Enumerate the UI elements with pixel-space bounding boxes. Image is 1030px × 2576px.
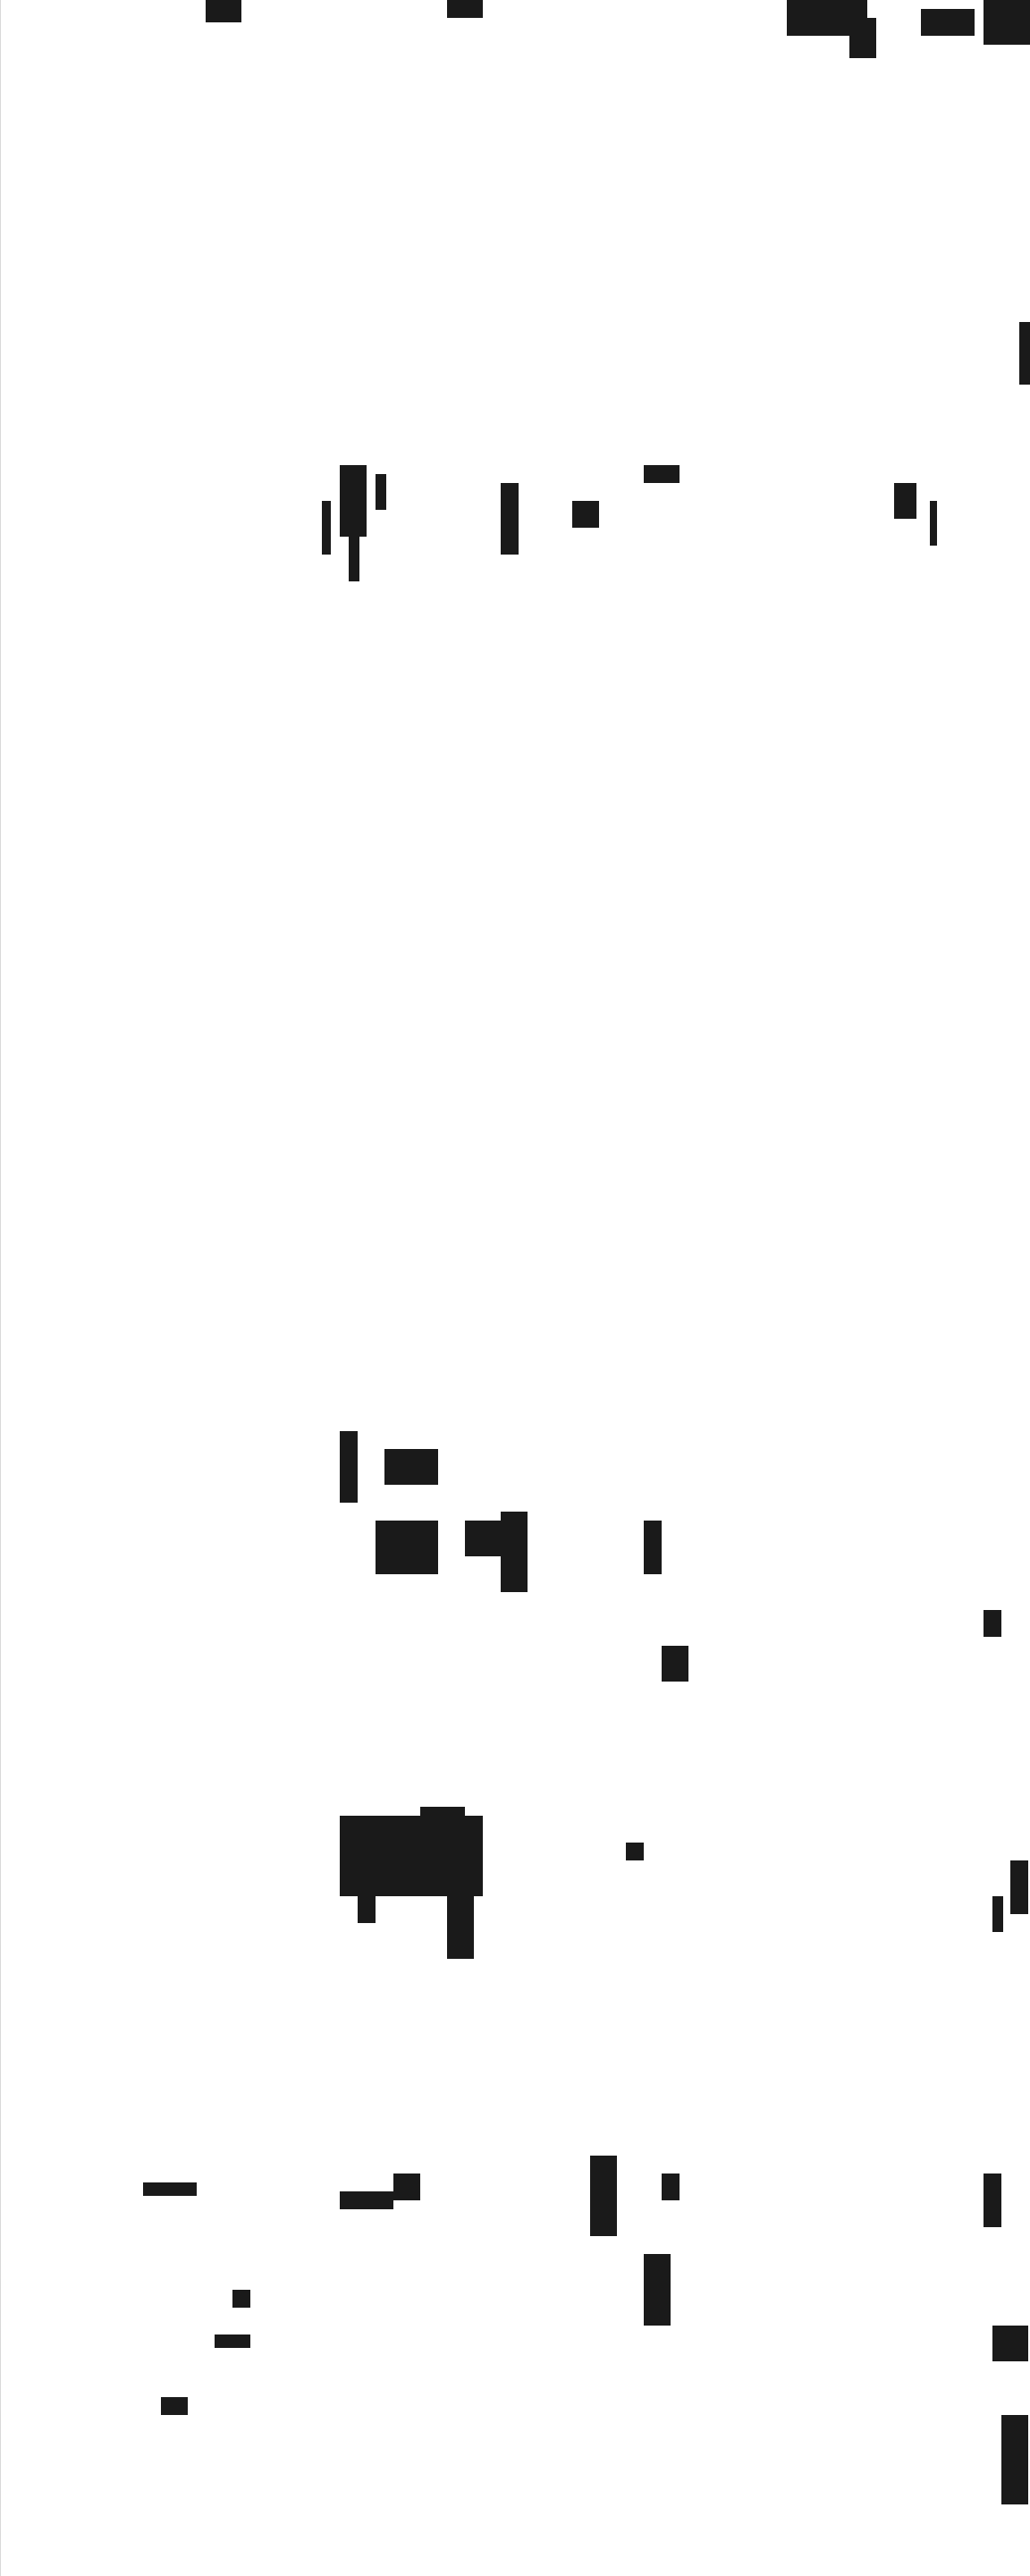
ink-fragment: [644, 465, 680, 483]
ink-fragment: [930, 501, 937, 546]
left-edge-line: [0, 0, 1, 2576]
ink-fragment: [465, 1521, 501, 1556]
ink-fragment: [420, 1807, 465, 1843]
ink-fragment: [376, 474, 386, 510]
ink-fragment: [662, 2173, 680, 2200]
ink-fragment: [662, 1646, 688, 1682]
ink-fragment: [384, 1449, 438, 1485]
ink-fragment: [992, 2326, 1028, 2361]
ink-fragment: [340, 2191, 393, 2209]
ink-fragment: [447, 1878, 474, 1959]
ink-fragment: [1019, 322, 1030, 385]
ink-fragment: [894, 483, 916, 519]
ink-fragment: [626, 1843, 644, 1860]
ink-fragment: [447, 0, 483, 18]
ink-fragment: [143, 2182, 197, 2196]
ink-fragment: [572, 501, 599, 528]
ink-fragment: [644, 1521, 662, 1574]
ink-fragment: [1010, 1860, 1028, 1914]
ink-fragment: [349, 519, 359, 581]
ink-fragment: [984, 1610, 1001, 1637]
ink-fragment: [358, 1825, 376, 1923]
ink-fragment: [206, 0, 241, 22]
ink-fragment: [644, 2254, 671, 2326]
abstract-artwork: [0, 0, 1030, 2576]
ink-fragment: [992, 1896, 1003, 1932]
ink-fragment: [984, 0, 1030, 45]
ink-fragment: [501, 483, 519, 555]
ink-fragment: [849, 18, 876, 58]
ink-fragment: [232, 2290, 250, 2308]
ink-fragment: [393, 2173, 420, 2200]
ink-fragment: [322, 501, 331, 555]
ink-fragment: [376, 1521, 438, 1574]
ink-fragment: [590, 2156, 617, 2236]
ink-fragment: [161, 2397, 188, 2415]
ink-fragment: [1001, 2415, 1028, 2504]
ink-fragment: [340, 1431, 358, 1503]
ink-fragment: [984, 2173, 1001, 2227]
ink-fragment: [921, 9, 975, 36]
ink-fragment: [501, 1512, 528, 1592]
ink-fragment: [215, 2334, 250, 2348]
